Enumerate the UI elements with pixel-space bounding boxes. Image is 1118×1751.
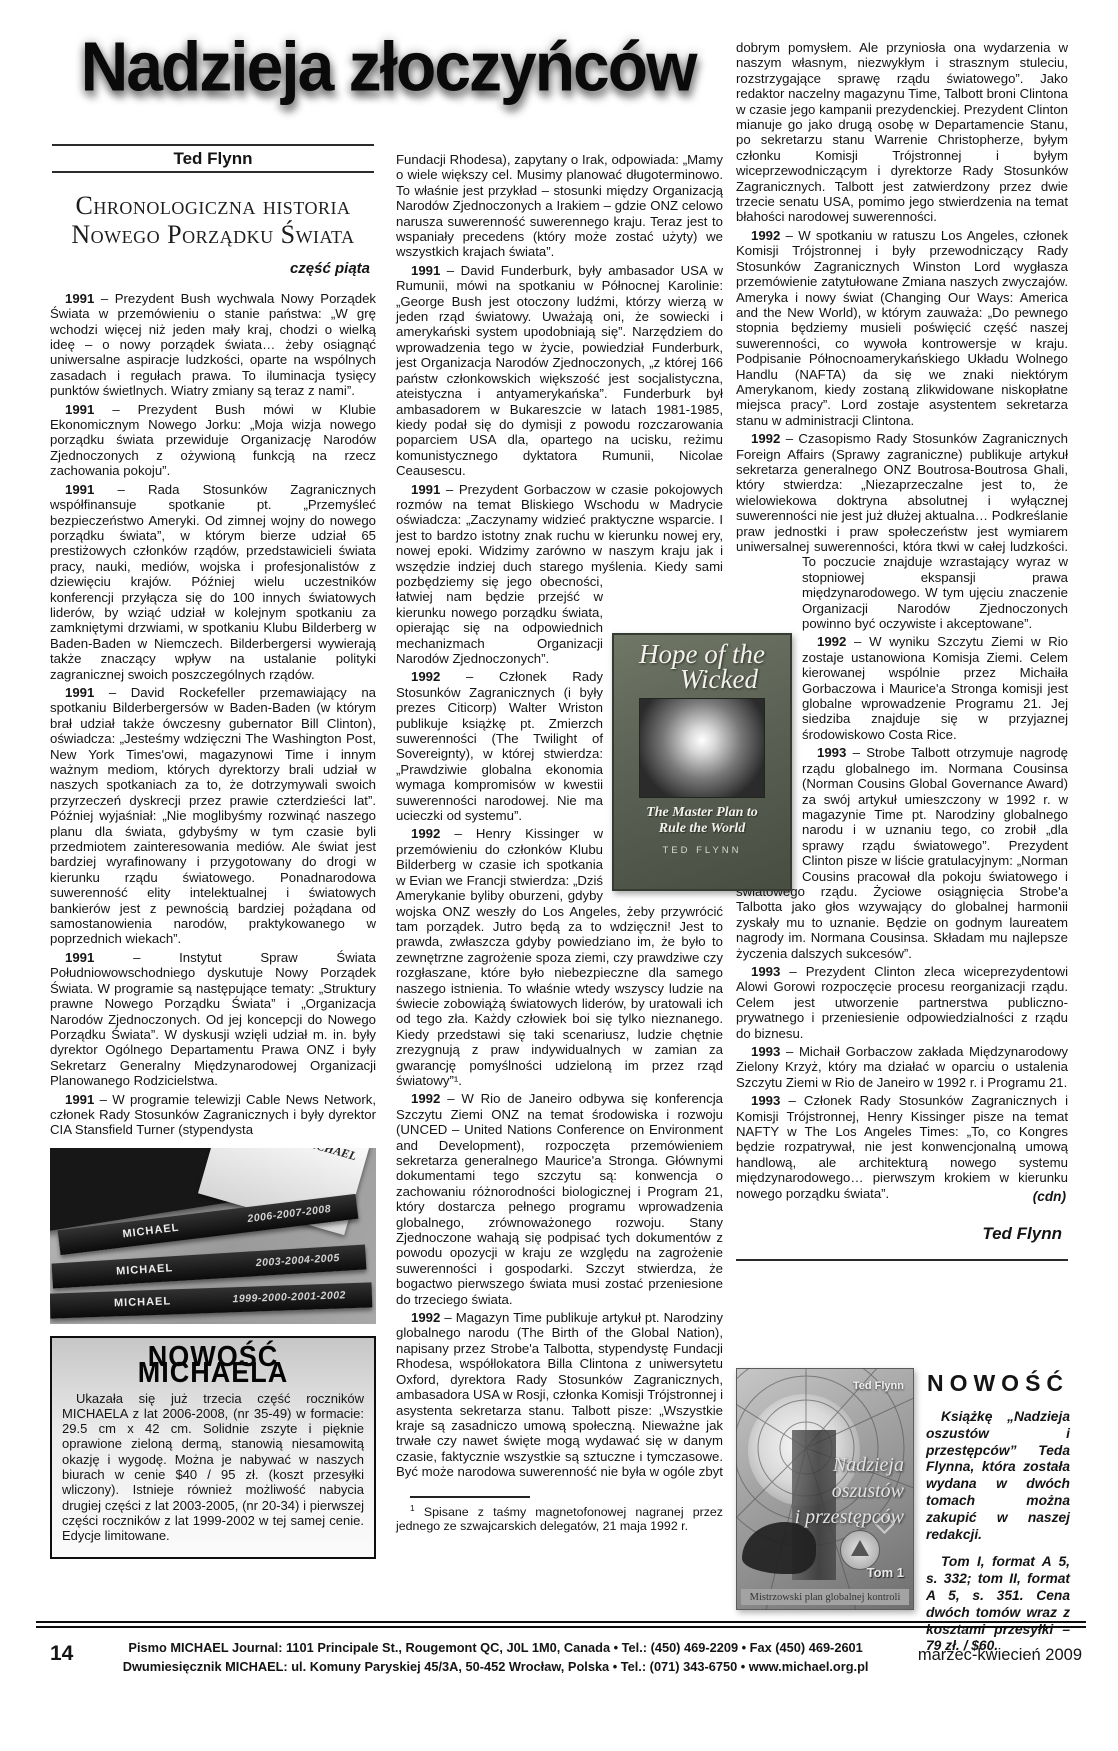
paragraph-text: – W spotkaniu w ratuszu Los Angeles, czł…: [736, 228, 1068, 428]
cover-title: Nadzieja oszustów i przestępców: [736, 1452, 910, 1530]
article-paragraph: 1992 – W spotkaniu w ratuszu Los Angeles…: [736, 228, 1068, 428]
paragraph-text: – W wyniku Szczytu Ziemi w Rio zostaje u…: [802, 634, 1068, 741]
paragraph-text: Fundacji Rhodesa), zapytany o Irak, odpo…: [396, 152, 723, 259]
hope-of-the-wicked-book-cover: Hope of the Wicked The Master Plan to Ru…: [612, 633, 792, 891]
year-label: 1991: [411, 482, 440, 497]
footnote: 1 Spisane z taśmy magnetofonowej nagrane…: [396, 1496, 723, 1535]
paragraph-text: – W Rio de Janeiro odbywa się konferencj…: [396, 1091, 723, 1306]
article-paragraph: 1991 – Instytut Spraw Świata Południowow…: [50, 950, 376, 1089]
novelty-box-heading: NOWOŚĆ MICHAELA: [62, 1349, 364, 1381]
article-title: Nadzieja złoczyńców: [46, 26, 730, 107]
article-paragraph: 1992 – Czasopismo Rady Stosunków Zagrani…: [736, 431, 1068, 631]
year-label: 1991: [65, 685, 94, 700]
paragraph-text: – Prezydent Bush wychwala Nowy Porządek …: [50, 291, 376, 398]
volume-label: Tom 1: [867, 1565, 904, 1580]
paragraph-text: – Członek Rady Stosunków Zagranicznych (…: [396, 669, 603, 823]
article-paragraph: Fundacji Rhodesa), zapytany o Irak, odpo…: [396, 152, 723, 260]
book-spine: MICHAEL 1999-2000-2001-2002: [50, 1282, 372, 1318]
cover-caption: Mistrzowski plan globalnej kontroli: [741, 1589, 909, 1605]
year-label: 1991: [65, 402, 94, 417]
book-spine: MICHAEL 2003-2004-2005: [52, 1244, 367, 1288]
paragraph-text: – Członek Rady Stosunków Zagranicznych i…: [736, 1093, 1068, 1200]
spine-years: 2003-2004-2005: [255, 1251, 340, 1272]
year-label: 1992: [751, 431, 780, 446]
section-heading-line2: Nowego Porządku Świata: [71, 220, 354, 249]
paragraph-text: – Rada Stosunków Zagranicznych współfina…: [50, 482, 376, 682]
article-paragraph: 1993 – Michaił Gorbaczow zakłada Międzyn…: [736, 1044, 1068, 1090]
year-label: 1992: [817, 634, 846, 649]
article-paragraph: 1992 – W Rio de Janeiro odbywa się konfe…: [396, 1091, 723, 1307]
paragraph-text: – Michaił Gorbaczow zakłada Międzynarodo…: [736, 1044, 1068, 1090]
paragraph-text: – Prezydent Bush mówi w Klubie Ekonomicz…: [50, 402, 376, 479]
hope-subtitle-line2: Rule the World: [612, 821, 792, 837]
cover-author: Ted Flynn: [853, 1380, 904, 1392]
part-label: część piąta: [50, 261, 370, 276]
footnote-body: Spisane z taśmy magnetofonowej nagranej …: [396, 1505, 723, 1534]
hope-subtitle-line1: The Master Plan to: [612, 805, 792, 821]
author-name: Ted Flynn: [52, 144, 374, 173]
year-label: 1992: [411, 669, 440, 684]
year-label: 1991: [65, 950, 94, 965]
publisher-info: Pismo MICHAEL Journal: 1101 Principale S…: [73, 1638, 917, 1676]
spine-years: 1999-2000-2001-2002: [232, 1288, 346, 1307]
year-label: 1992: [411, 1310, 440, 1325]
paragraph-text: – David Funderburk, były ambasador USA w…: [396, 263, 723, 478]
cover-title-line2: oszustów: [832, 1480, 904, 1502]
year-label: 1993: [817, 745, 846, 760]
year-label: 1993: [751, 1044, 780, 1059]
novelty-box-text: Ukazała się już trzecia część roczników …: [62, 1391, 364, 1544]
hope-author: TED FLYNN: [612, 845, 792, 856]
pyramid-seal-graphic: [840, 1530, 880, 1570]
section-divider: [736, 1259, 1068, 1261]
publisher-line2: Dwumiesięcznik MICHAEL: ul. Komuny Parys…: [81, 1657, 909, 1676]
article-paragraph: 1993 – Członek Rady Stosunków Zagraniczn…: [736, 1093, 1068, 1201]
paragraph-text: – Prezydent Gorbaczow w czasie pokojowyc…: [396, 482, 723, 589]
cover-title-line3: i przestępców: [795, 1506, 904, 1528]
year-label: 1991: [65, 482, 94, 497]
footnote-text: 1 Spisane z taśmy magnetofonowej nagrane…: [396, 1505, 723, 1535]
article-paragraph: 1991 – David Rockefeller przemawiający n…: [50, 685, 376, 947]
paragraph-text: – W programie telewizji Cable News Netwo…: [50, 1092, 376, 1138]
article-paragraph: dobrym pomysłem. Ale przyniosła ona wyda…: [736, 40, 1068, 225]
column-1: Ted Flynn Chronologiczna historia Nowego…: [50, 140, 376, 1559]
section-heading: Chronologiczna historia Nowego Porządku …: [50, 191, 376, 249]
page-number: 14: [50, 1642, 73, 1666]
spine-title: MICHAEL: [116, 1261, 174, 1280]
article-paragraph: 1991 – Rada Stosunków Zagranicznych wspó…: [50, 482, 376, 682]
paper-masthead: MICHAEL: [300, 1148, 358, 1165]
section-heading-line1: Chronologiczna historia: [75, 191, 350, 220]
starburst-photo: [639, 698, 765, 798]
spine-title: MICHAEL: [122, 1220, 181, 1242]
spine-years: 2006-2007-2008: [247, 1201, 332, 1227]
advertisement-paragraph: Książkę „Nadzieja oszustów i przestępców…: [926, 1409, 1070, 1543]
year-label: 1992: [411, 826, 440, 841]
spine-title: MICHAEL: [114, 1294, 172, 1311]
newspaper-page: Nadzieja złoczyńców Ted Flynn Chronologi…: [0, 0, 1118, 1751]
year-label: 1992: [751, 228, 780, 243]
paragraph-text: – Czasopismo Rady Stosunków Zagranicznyc…: [736, 431, 1068, 569]
nadzieja-oszustow-book-cover: Ted Flynn Nadzieja oszustów i przestępcó…: [736, 1368, 914, 1610]
year-label: 1991: [65, 291, 94, 306]
column-1-text: 1991 – Prezydent Bush wychwala Nowy Porz…: [50, 291, 376, 1138]
article-paragraph: 1992 – Magazyn Time publikuje artykuł pt…: [396, 1310, 723, 1479]
article-paragraph: 1991 – Prezydent Bush wychwala Nowy Porz…: [50, 291, 376, 399]
paragraph-text: – Prezydent Clinton zleca wiceprezydento…: [736, 964, 1068, 1041]
column-3-text: dobrym pomysłem. Ale przyniosła ona wyda…: [736, 40, 1068, 1201]
year-label: 1991: [411, 263, 440, 278]
cover-title-line1: Nadzieja: [833, 1454, 904, 1476]
paragraph-text: dobrym pomysłem. Ale przyniosła ona wyda…: [736, 40, 1068, 224]
article-paragraph: 1991 – David Funderburk, były ambasador …: [396, 263, 723, 479]
paragraph-text: – Instytut Spraw Świata Południowowschod…: [50, 950, 376, 1088]
footnote-mark: 1: [410, 1502, 415, 1512]
michael-volumes-photo: MICHAEL MICHAEL 2006-2007-2008 MICHAEL 2…: [50, 1148, 376, 1324]
footer: 14 Pismo MICHAEL Journal: 1101 Principal…: [36, 1638, 1086, 1676]
issue-date: marzec-kwiecień 2009: [918, 1646, 1082, 1665]
footer-double-rule: [36, 1621, 1086, 1628]
author-signature: Ted Flynn: [736, 1226, 1062, 1241]
hope-title-line2: Wicked: [612, 667, 792, 691]
article-paragraph: 1993 – Prezydent Clinton zleca wiceprezy…: [736, 964, 1068, 1041]
paragraph-text: – Magazyn Time publikuje artykuł pt. Nar…: [396, 1310, 723, 1479]
article-paragraph: 1991 – Prezydent Bush mówi w Klubie Ekon…: [50, 402, 376, 479]
publisher-line1: Pismo MICHAEL Journal: 1101 Principale S…: [81, 1638, 909, 1657]
paragraph-text: – David Rockefeller przemawiający na spo…: [50, 685, 376, 947]
article-paragraph: 1991 – W programie telewizji Cable News …: [50, 1092, 376, 1138]
year-label: 1992: [411, 1091, 440, 1106]
year-label: 1993: [751, 964, 780, 979]
michael-novelty-box: NOWOŚĆ MICHAELA Ukazała się już trzecia …: [50, 1336, 376, 1559]
year-label: 1991: [65, 1092, 94, 1107]
footnote-rule: [410, 1496, 530, 1498]
year-label: 1993: [751, 1093, 780, 1108]
advertisement-heading: NOWOŚĆ: [926, 1370, 1070, 1397]
